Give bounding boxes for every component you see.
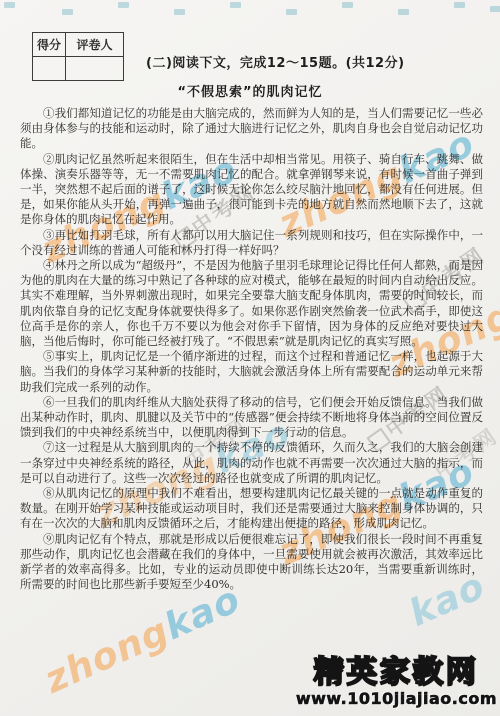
paragraph-6: ⑥一旦我们的肌肉纤维从大脑处获得了移动的信号，它们便会开始反馈信息。当我们做出某… [20,395,483,441]
scan-mark [4,2,15,8]
score-table: 得分 评卷人 [32,32,124,81]
paragraph-2: ②肌肉记忆虽然听起来很陌生，但在生活中却相当常见。用筷子、骑自行车、跳舞、做体操… [20,152,483,228]
paragraph-9: ⑨肌肉记忆有个特点，那就是形成以后便很难忘记了，即使我们很长一段时间不再重复那些… [20,532,483,593]
paragraph-3: ③再比如打羽毛球，所有人都可以用大脑记住一系列规则和技巧，但在实际操作中，一个没… [20,228,483,258]
paragraph-1: ①我们都知道记忆的功能是由大脑完成的，然而鲜为人知的是，当人们需要记忆一些必须由… [20,106,483,152]
paragraph-7: ⑦这一过程是从大脑到肌肉的一个持续不停的反馈循环，久而久之，我们的大脑会创建一条… [20,440,483,486]
article-title: “不假思索”的肌肉记忆 [0,81,500,100]
scan-mark [342,2,353,8]
zhongkao-watermark: zhongkao [38,577,247,701]
paragraph-8: ⑧从肌肉记忆的原理中我们不难看出，想要构建肌肉记忆最关键的一点就是动作重复的数量… [20,486,483,532]
scanned-exam-page: zhongkao zhongkao zhongkao zhongkao zhon… [0,0,500,716]
score-label-cell: 得分 [33,33,66,57]
scan-mark [230,2,241,8]
paragraph-5: ⑤事实上，肌肉记忆是一个循序渐进的过程，而这个过程和普通记忆一样，也起源于大脑。… [20,349,483,395]
scan-mark [454,2,465,8]
jiajiao-site-url: www.1010jiajiao.com [296,689,497,708]
score-empty-cell [33,57,66,81]
jiajiao-site-name: 精英家教网 [296,647,497,691]
reviewer-label-cell: 评卷人 [66,33,124,57]
section-instruction: (二)阅读下文，完成12～15题。(共12分) [146,52,405,71]
scan-mark [62,9,73,15]
scan-mark [118,2,129,8]
scan-mark [286,9,297,15]
scan-mark [398,9,409,15]
scan-mark [490,6,500,12]
scan-mark [174,9,185,15]
paragraph-4: ④林丹之所以成为“超级丹”，不是因为他脑子里羽毛球理论记得比任何人都熟，而是因为… [20,258,483,349]
reviewer-empty-cell [66,57,124,81]
jiajiao-site-watermark: 精英家教网 www.1010jiajiao.com [296,647,497,708]
article-body: ①我们都知道记忆的功能是由大脑完成的，然而鲜为人知的是，当人们需要记忆一些必须由… [20,106,483,593]
